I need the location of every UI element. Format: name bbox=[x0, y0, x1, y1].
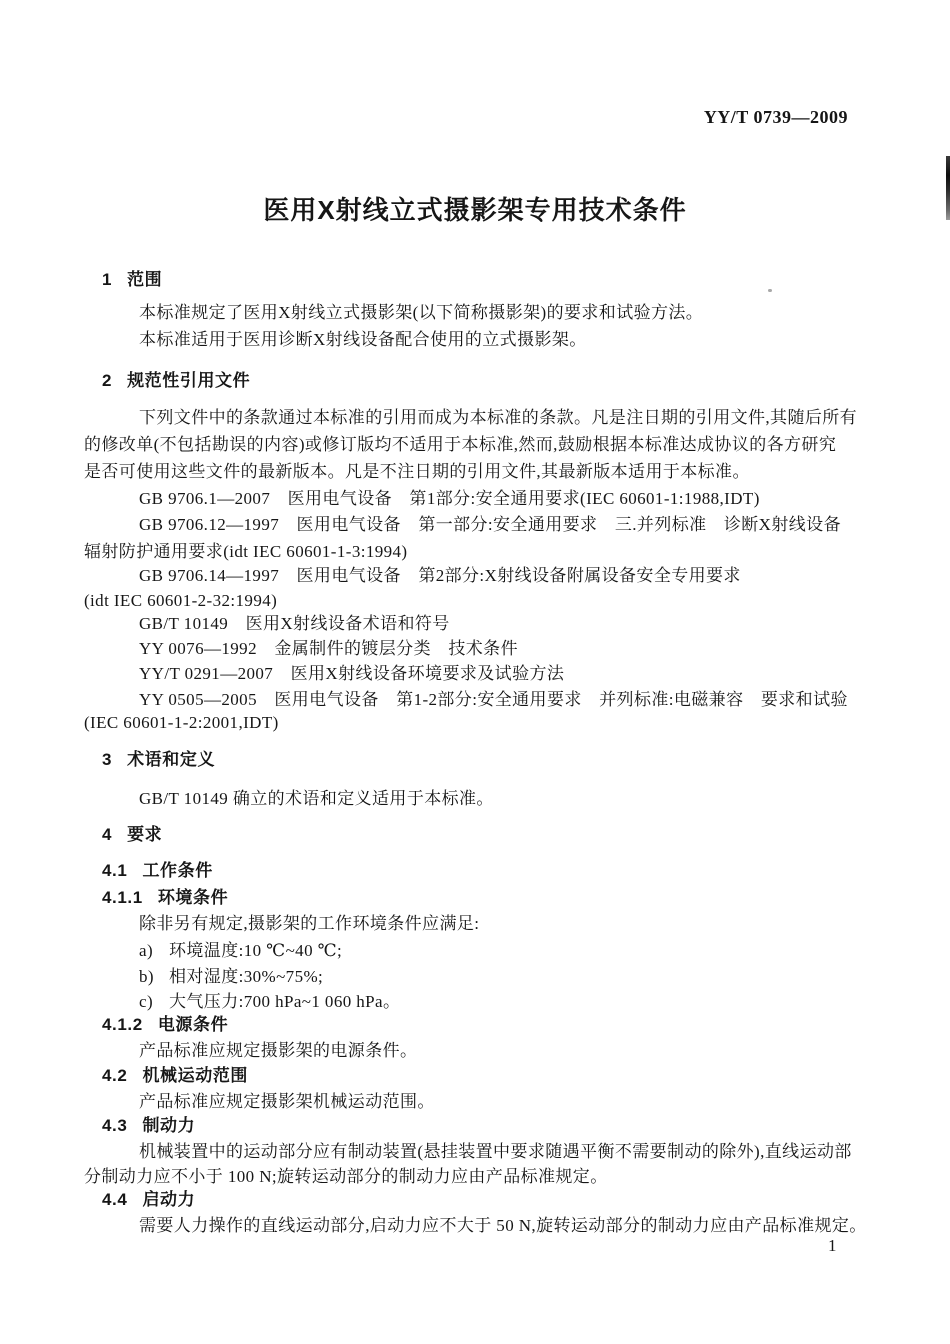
page-number: 1 bbox=[828, 1236, 837, 1256]
paragraph: 产品标准应规定摄影架的电源条件。 bbox=[139, 1039, 417, 1063]
section-title: 工作条件 bbox=[142, 861, 212, 880]
reference-item: GB 9706.12—1997 医用电气设备 第一部分:安全通用要求 三.并列标… bbox=[139, 513, 841, 537]
reference-item: GB 9706.1—2007 医用电气设备 第1部分:安全通用要求(IEC 60… bbox=[139, 487, 760, 511]
reference-item-continuation: 辐射防护通用要求(idt IEC 60601-1-3:1994) bbox=[84, 540, 408, 564]
section-number: 4 bbox=[102, 825, 112, 844]
reference-item: YY 0505—2005 医用电气设备 第1-2部分:安全通用要求 并列标准:电… bbox=[139, 688, 848, 712]
section-number: 1 bbox=[102, 270, 112, 289]
section-title: 术语和定义 bbox=[127, 750, 215, 769]
reference-item: YY/T 0291—2007 医用X射线设备环境要求及试验方法 bbox=[139, 662, 564, 686]
paragraph: 除非另有规定,摄影架的工作环境条件应满足: bbox=[139, 912, 479, 936]
section-4-1-1-heading: 4.1.1环境条件 bbox=[102, 886, 228, 910]
scan-speck bbox=[768, 289, 772, 292]
section-title: 要求 bbox=[127, 825, 162, 844]
paragraph: GB/T 10149 确立的术语和定义适用于本标准。 bbox=[139, 787, 494, 811]
section-number: 3 bbox=[102, 750, 112, 769]
section-2-heading: 2规范性引用文件 bbox=[102, 369, 250, 393]
section-1-heading: 1范围 bbox=[102, 268, 162, 292]
section-4-2-heading: 4.2机械运动范围 bbox=[102, 1064, 248, 1088]
section-number: 4.1 bbox=[102, 861, 127, 880]
reference-item-continuation: (idt IEC 60601-2-32:1994) bbox=[84, 589, 277, 613]
section-4-3-heading: 4.3制动力 bbox=[102, 1114, 195, 1138]
list-marker: b) bbox=[139, 965, 169, 989]
section-number: 4.3 bbox=[102, 1116, 127, 1135]
paragraph: 本标准适用于医用诊断X射线设备配合使用的立式摄影架。 bbox=[139, 328, 587, 352]
section-4-4-heading: 4.4启动力 bbox=[102, 1188, 195, 1212]
paragraph-line: 的修改单(不包括勘误的内容)或修订版均不适用于本标准,然而,鼓励根据本标准达成协… bbox=[84, 433, 836, 457]
section-title: 制动力 bbox=[142, 1116, 195, 1135]
paragraph-line: 机械装置中的运动部分应有制动装置(悬挂装置中要求随遇平衡不需要制动的除外),直线… bbox=[139, 1140, 852, 1164]
section-title: 电源条件 bbox=[158, 1015, 228, 1034]
paragraph: 需要人力操作的直线运动部分,启动力应不大于 50 N,旋转运动部分的制动力应由产… bbox=[139, 1214, 867, 1238]
reference-item: YY 0076—1992 金属制件的镀层分类 技术条件 bbox=[139, 637, 518, 661]
scan-edge-mark bbox=[946, 156, 950, 220]
reference-item: GB/T 10149 医用X射线设备术语和符号 bbox=[139, 612, 450, 636]
list-item-a: a)环境温度:10 ℃~40 ℃; bbox=[139, 939, 342, 963]
paragraph-line: 分制动力应不小于 100 N;旋转运动部分的制动力应由产品标准规定。 bbox=[84, 1165, 608, 1189]
section-title: 启动力 bbox=[142, 1190, 195, 1209]
page-body: 1范围 本标准规定了医用X射线立式摄影架(以下简称摄影架)的要求和试验方法。 本… bbox=[84, 0, 864, 1344]
reference-item: GB 9706.14—1997 医用电气设备 第2部分:X射线设备附属设备安全专… bbox=[139, 564, 741, 588]
section-3-heading: 3术语和定义 bbox=[102, 748, 215, 772]
list-text: 相对湿度:30%~75%; bbox=[169, 967, 323, 986]
section-number: 4.1.1 bbox=[102, 888, 143, 907]
section-title: 机械运动范围 bbox=[142, 1066, 248, 1085]
section-title: 环境条件 bbox=[158, 888, 228, 907]
section-number: 4.4 bbox=[102, 1190, 127, 1209]
paragraph-line: 是否可使用这些文件的最新版本。凡是不注日期的引用文件,其最新版本适用于本标准。 bbox=[84, 460, 750, 484]
paragraph: 产品标准应规定摄影架机械运动范围。 bbox=[139, 1090, 435, 1114]
section-4-1-heading: 4.1工作条件 bbox=[102, 859, 213, 883]
section-4-heading: 4要求 bbox=[102, 823, 162, 847]
reference-item-continuation: (IEC 60601-1-2:2001,IDT) bbox=[84, 711, 279, 735]
section-title: 规范性引用文件 bbox=[127, 371, 250, 390]
section-title: 范围 bbox=[127, 270, 162, 289]
list-text: 大气压力:700 hPa~1 060 hPa。 bbox=[169, 992, 400, 1011]
list-marker: a) bbox=[139, 939, 169, 963]
paragraph: 本标准规定了医用X射线立式摄影架(以下简称摄影架)的要求和试验方法。 bbox=[139, 301, 703, 325]
section-number: 4.1.2 bbox=[102, 1015, 143, 1034]
list-item-b: b)相对湿度:30%~75%; bbox=[139, 965, 323, 989]
list-item-c: c)大气压力:700 hPa~1 060 hPa。 bbox=[139, 990, 400, 1014]
section-number: 2 bbox=[102, 371, 112, 390]
section-4-1-2-heading: 4.1.2电源条件 bbox=[102, 1013, 228, 1037]
list-text: 环境温度:10 ℃~40 ℃; bbox=[169, 941, 342, 960]
section-number: 4.2 bbox=[102, 1066, 127, 1085]
paragraph-line: 下列文件中的条款通过本标准的引用而成为本标准的条款。凡是注日期的引用文件,其随后… bbox=[139, 406, 857, 430]
list-marker: c) bbox=[139, 990, 169, 1014]
